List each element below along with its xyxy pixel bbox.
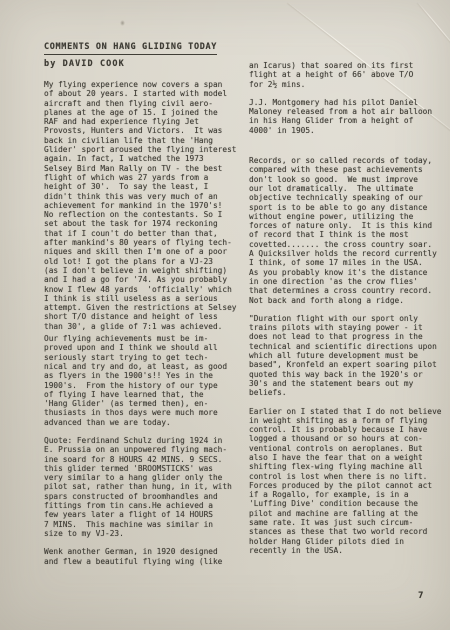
paragraph: Earlier on I stated that I do not believ…	[249, 407, 447, 556]
article-title: COMMENTS ON HANG GLIDING TODAY	[44, 42, 217, 55]
scan-smudge	[120, 20, 125, 26]
paper-crease	[418, 2, 450, 49]
paragraph: "Duration flight with our sport only tra…	[249, 314, 447, 398]
paragraph: Quote: Ferdinand Schulz during 1924 in E…	[44, 436, 242, 538]
paragraph: My flying experience now covers a span o…	[44, 80, 242, 331]
paragraph: Wenk another German, in 1920 designed an…	[44, 547, 242, 566]
scanned-page: COMMENTS ON HANG GLIDING TODAY by DAVID …	[0, 0, 450, 630]
paragraph: J.J. Montgomery had his pilot Daniel Mal…	[249, 98, 447, 135]
left-column: My flying experience now covers a span o…	[44, 80, 242, 575]
paragraph: Our flying achievements must be im- prov…	[44, 334, 242, 427]
page-number: 7	[418, 591, 423, 601]
paragraph: Records, or so called records of today, …	[249, 156, 447, 305]
right-column: an Icarus) that soared on its first flig…	[249, 61, 447, 564]
paragraph: an Icarus) that soared on its first flig…	[249, 61, 447, 89]
article-byline: by DAVID COOK	[44, 59, 125, 69]
